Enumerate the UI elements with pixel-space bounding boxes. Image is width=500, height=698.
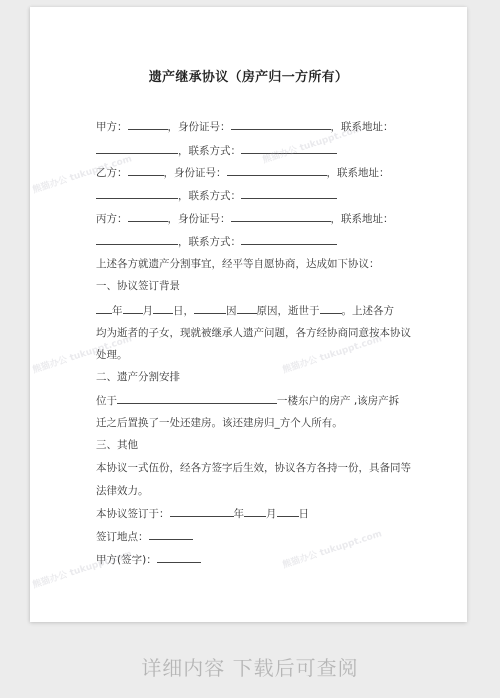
signing-day-field[interactable]: [277, 506, 299, 517]
party-c-id-field[interactable]: [231, 211, 331, 222]
party-a-address-label: ，联系地址：: [331, 121, 394, 133]
watermark: 熊猫办公 tukuppt.com: [281, 526, 384, 570]
document-title: 遗产继承协议（房产归一方所有）: [30, 66, 467, 85]
party-b-address-label: ，联系地址：: [327, 167, 390, 179]
year-label: 年: [112, 305, 123, 317]
death-cause-field[interactable]: [237, 303, 257, 314]
party-c-line-2: ，联系方式：: [96, 234, 337, 249]
party-a-label: 甲方：: [96, 121, 128, 133]
section-1-line-1: 年月日，因原因，逝世于。上述各方: [96, 303, 394, 318]
party-c-address-field[interactable]: [96, 234, 178, 245]
party-a-signature-label: 甲方(签字)：: [96, 554, 157, 566]
death-month-field[interactable]: [123, 303, 143, 314]
located-at-label: 位于: [96, 395, 117, 407]
party-a-name-field[interactable]: [128, 119, 168, 130]
section-2-line-1: 位于一楼东户的房产 ,该房产拆: [96, 393, 399, 408]
party-b-contact-field[interactable]: [241, 188, 337, 199]
section-3-line-1: 本协议一式伍份，经各方签字后生效，协议各方各持一份，具备同等: [96, 461, 411, 475]
party-a-contact-label: ，联系方式：: [178, 145, 241, 157]
party-b-id-field[interactable]: [227, 165, 327, 176]
signing-place-label: 签订地点：: [96, 531, 149, 543]
day-label: 日，: [173, 305, 194, 317]
party-c-line-1: 丙方：，身份证号：，联系地址：: [96, 211, 394, 226]
section-1-line-3: 处理。: [96, 348, 128, 362]
party-a-id-field[interactable]: [231, 119, 331, 130]
signing-year-field[interactable]: [170, 506, 234, 517]
reason-label: 原因，逝世于: [257, 305, 320, 317]
section-1-tail: 。上述各方: [342, 305, 395, 317]
document-page: 遗产继承协议（房产归一方所有） 甲方：，身份证号：，联系地址： ，联系方式： 乙…: [30, 7, 467, 622]
signing-place-field[interactable]: [149, 529, 193, 540]
party-c-contact-field[interactable]: [241, 234, 337, 245]
party-c-address-label: ，联系地址：: [331, 213, 394, 225]
section-1-line-2: 均为逝者的子女，现就被继承人遗产问题，各方经协商同意按本协议: [96, 326, 411, 340]
section-2-heading: 二、遗产分割安排: [96, 370, 180, 384]
because-label: 因: [226, 305, 237, 317]
death-place-field[interactable]: [320, 303, 342, 314]
death-year-field[interactable]: [96, 303, 112, 314]
party-a-contact-field[interactable]: [241, 143, 337, 154]
party-a-line-2: ，联系方式：: [96, 143, 337, 158]
party-b-id-label: ，身份证号：: [164, 167, 227, 179]
party-b-label: 乙方：: [96, 167, 128, 179]
party-a-signature-line: 甲方(签字)：: [96, 552, 201, 567]
party-c-label: 丙方：: [96, 213, 128, 225]
party-c-id-label: ，身份证号：: [168, 213, 231, 225]
section-2-line-2: 迁之后置换了一处还建房。该还建房归_方个人所有。: [96, 416, 343, 430]
download-hint: 详细内容 下载后可查阅: [0, 652, 500, 681]
property-suffix: 一楼东户的房产 ,该房产拆: [277, 395, 399, 407]
party-b-line-2: ，联系方式：: [96, 188, 337, 203]
signing-date-label: 本协议签订于：: [96, 508, 170, 520]
party-b-name-field[interactable]: [128, 165, 164, 176]
deceased-name-field[interactable]: [194, 303, 226, 314]
party-a-line-1: 甲方：，身份证号：，联系地址：: [96, 119, 394, 134]
signing-month-field[interactable]: [244, 506, 266, 517]
party-b-address-field[interactable]: [96, 188, 178, 199]
party-a-id-label: ，身份证号：: [168, 121, 231, 133]
signing-day-label: 日: [299, 508, 310, 520]
party-a-address-field[interactable]: [96, 143, 178, 154]
party-a-signature-field[interactable]: [157, 552, 201, 563]
party-c-contact-label: ，联系方式：: [178, 236, 241, 248]
signing-place-line: 签订地点：: [96, 529, 193, 544]
signing-date-line: 本协议签订于：年月日: [96, 506, 309, 521]
party-b-line-1: 乙方：，身份证号：，联系地址：: [96, 165, 390, 180]
death-day-field[interactable]: [153, 303, 173, 314]
month-label: 月: [143, 305, 154, 317]
intro-paragraph: 上述各方就遗产分割事宜，经平等自愿协商，达成如下协议：: [96, 257, 380, 271]
section-1-heading: 一、协议签订背景: [96, 279, 180, 293]
signing-year-label: 年: [234, 508, 245, 520]
section-3-line-2: 法律效力。: [96, 484, 149, 498]
property-address-field[interactable]: [117, 393, 277, 404]
party-b-contact-label: ，联系方式：: [178, 190, 241, 202]
signing-month-label: 月: [266, 508, 277, 520]
party-c-name-field[interactable]: [128, 211, 168, 222]
section-3-heading: 三、其他: [96, 438, 138, 452]
